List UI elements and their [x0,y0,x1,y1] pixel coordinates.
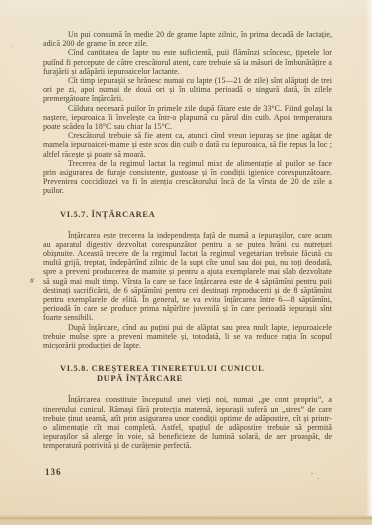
scanned-book-page: Un pui consumă în medie 20 de grame lapt… [0,0,372,525]
paper-speck [318,478,319,479]
page-bottom-shadow [0,515,372,525]
page-number: 136 [45,467,62,477]
paragraph: Trecerea de la regimul lactat la regimul… [43,159,332,196]
paragraph: Crescătorul trebuie să fie atent ca, atu… [43,131,332,159]
page-text-column: Un pui consumă în medie 20 de grame lapt… [43,30,332,451]
paragraph: Înțărcarea este trecerea la independența… [43,231,332,323]
paper-speck [12,46,13,47]
handwritten-ink-mark: # [29,276,34,286]
section-heading-vi-5-7: VI.5.7. ÎNȚĂRCAREA [60,210,332,220]
paper-speck [311,473,313,474]
paragraph: Înțărcarea constituie începutul unei vie… [43,395,332,450]
paragraph: Cînd cantitatea de lapte nu este suficie… [43,48,332,76]
section-heading-vi-5-8: VI.5.8. CREȘTEREA TINERETULUI CUNICULDUP… [60,364,332,384]
paragraph: Un pui consumă în medie 20 de grame lapt… [43,30,332,48]
section-heading-line: VI.5.8. CREȘTEREA TINERETULUI CUNICUL [60,364,264,373]
paragraph: După înțărcare, cînd au puțini pui de al… [43,323,332,351]
paragraph: Cît timp iepurașii se hrănesc numai cu l… [43,76,332,104]
paragraph: Căldura necesară puilor în primele zile … [43,104,332,132]
section-heading-line: VI.5.7. ÎNȚĂRCAREA [60,210,155,219]
section-heading-line: DUPĂ ÎNȚĂRCARE [97,374,183,384]
page-edge-highlight [366,0,372,516]
